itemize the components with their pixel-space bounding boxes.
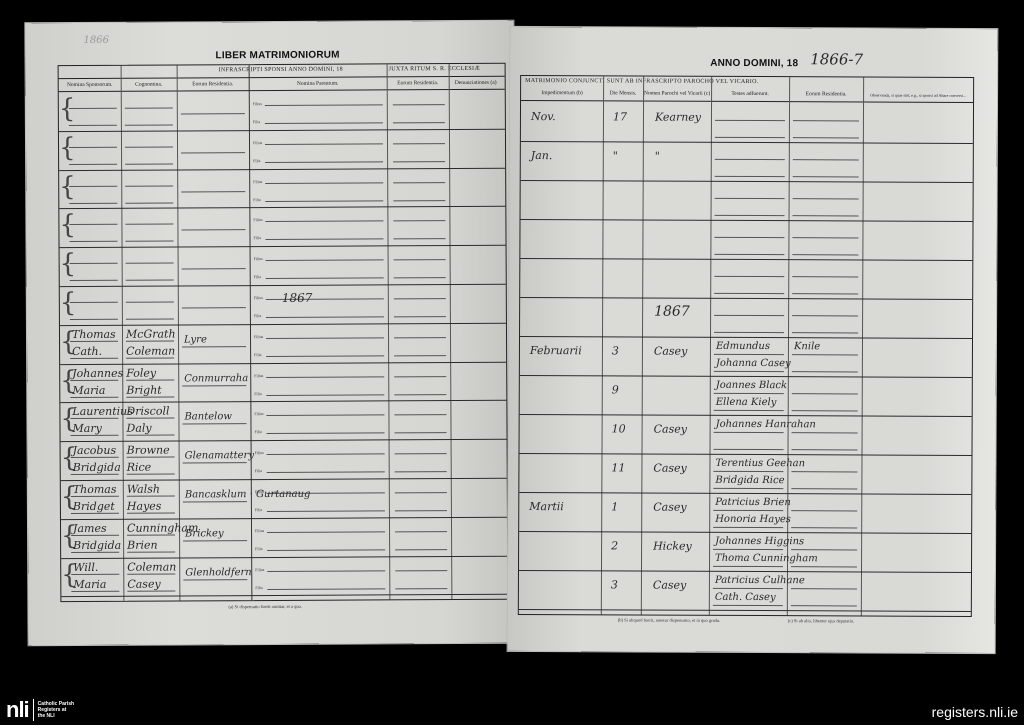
witness-residence: Knile — [794, 341, 820, 352]
residence: Bancasklum · Gurtanaug — [185, 489, 311, 501]
table-row: Nov.17Kearney — [521, 102, 973, 144]
witness-1: Johannes Hanrahan — [716, 419, 816, 430]
bride-surname: Casey — [127, 577, 160, 590]
table-row: {FiliusFilia — [59, 90, 505, 132]
left-register-page: 1866 LIBER MATRIMONIORUM INFRASCRIPTI SP… — [25, 21, 516, 646]
table-row: Februarii3CaseyEdmundusJohanna CaseyKnil… — [520, 336, 972, 378]
table-row — [520, 219, 972, 261]
bride-name: Mary — [72, 422, 101, 435]
table-row: {FiliusFiliaThomasBridgetWalshHayesBanca… — [61, 478, 507, 520]
register-year: 1866-7 — [810, 50, 863, 68]
bride-surname: Rice — [127, 461, 152, 474]
filia-label: Filia — [255, 546, 262, 551]
filia-label: Filia — [253, 158, 260, 163]
bride-surname: Coleman — [126, 344, 175, 357]
brace-icon: { — [59, 96, 76, 122]
groom-surname: Coleman — [127, 560, 176, 573]
filius-label: Filius — [255, 450, 264, 455]
priest-name: " — [655, 150, 660, 163]
witness-1: Edmundus — [716, 341, 770, 352]
col-header: Nomen Parochi vel Vicarii (c) — [643, 91, 711, 97]
filia-label: Filia — [254, 274, 261, 279]
residence: Glenamattery — [185, 450, 254, 461]
groom-name: James — [73, 522, 107, 535]
col-header: Nomina Parentum. — [249, 80, 387, 87]
day: 3 — [612, 344, 619, 357]
col-header: Denunciationes (a) — [449, 80, 503, 86]
residence: Brickey — [185, 528, 224, 539]
brace-icon: { — [59, 135, 76, 161]
bride-name: Maria — [72, 383, 105, 396]
table-row: {FiliusFilia — [59, 206, 505, 248]
priest-name: Kearney — [655, 111, 701, 124]
col-header: Observanda, si quae sint, e.g., si spons… — [863, 92, 973, 97]
table-row: 3CaseyPatricius CulhaneCath. Casey — [519, 570, 971, 612]
witness-2: Bridgida Rice — [715, 475, 784, 486]
col-header: Impedimentum (b) — [521, 90, 603, 96]
priest-name: Casey — [654, 345, 687, 358]
filius-label: Filius — [254, 256, 263, 261]
residence: Bantelow — [184, 412, 232, 423]
filius-label: Filius — [253, 179, 262, 184]
table-row — [521, 180, 973, 222]
table-row: {FiliusFilia — [59, 129, 505, 171]
table-row: {FiliusFiliaThomasCath.McGrathColemanLyr… — [60, 323, 506, 365]
day: 3 — [611, 578, 618, 591]
day: 10 — [612, 422, 626, 435]
year-mark: 1867 — [654, 304, 690, 320]
table-row: {FiliusFiliaJamesBridgidaCunninghamBrien… — [61, 517, 507, 559]
residence: Glenholdfern — [185, 567, 252, 578]
witness-2: Thoma Cunningham — [715, 553, 818, 564]
col-header: Eorum Residentia. — [387, 80, 449, 86]
witness-2: Cath. Casey — [715, 592, 776, 603]
witness-1: Joannes Black — [716, 380, 787, 391]
day: 2 — [611, 539, 618, 552]
bride-name: Maria — [73, 577, 106, 590]
filius-label: Filius — [253, 140, 262, 145]
table-row — [520, 258, 972, 300]
groom-surname: Browne — [127, 444, 170, 457]
day: 9 — [612, 383, 619, 396]
witness-1: Patricius Brien — [715, 497, 791, 508]
right-register-table: MATRIMONIO CONJUNCTI SUNT AB INFRASCRIPT… — [518, 75, 974, 617]
table-caption-right: JUXTA RITUM S. R. ECCLESIÆ — [389, 66, 480, 72]
filius-label: Filius — [254, 334, 263, 339]
day: " — [613, 149, 618, 162]
bride-surname: Hayes — [127, 500, 162, 513]
table-row: {FiliusFiliaJacobusBridgidaBrowneRiceGle… — [61, 439, 507, 481]
col-header: Testes adfuerunt. — [711, 91, 789, 97]
month: Nov. — [531, 110, 556, 123]
left-footnote: (a) Si dispensatio fuerit omittat, et a … — [228, 604, 302, 609]
brace-icon: { — [59, 212, 76, 238]
table-row: {FiliusFilia — [59, 167, 505, 209]
filius-label: Filius — [253, 101, 262, 106]
groom-surname: Driscoll — [126, 405, 169, 418]
filia-label: Filia — [254, 313, 261, 318]
bride-surname: Daly — [126, 422, 151, 435]
col-header: Eorum Residentia. — [789, 91, 863, 97]
filia-label: Filia — [253, 119, 260, 124]
table-row: Jan."" — [521, 141, 973, 183]
groom-surname: McGrath — [126, 327, 176, 340]
col-header: Nomina Sponsorum. — [59, 82, 121, 88]
table-caption: INFRASCRIPTI SPONSI ANNO DOMINI, 18 — [219, 67, 343, 74]
filius-label: Filius — [253, 217, 262, 222]
priest-name: Casey — [654, 423, 687, 436]
site-link[interactable]: registers.nli.ie — [932, 704, 1018, 720]
filia-label: Filia — [254, 352, 261, 357]
groom-name: Thomas — [72, 328, 116, 341]
filia-label: Filia — [255, 468, 262, 473]
nli-logo[interactable]: nli Catholic Parish Registers at the NLI — [6, 699, 74, 721]
bride-name: Bridgida — [73, 539, 121, 552]
filia-label: Filia — [255, 585, 262, 590]
table-row: {FiliusFiliaLaurentiusMaryDriscollDalyBa… — [60, 400, 506, 442]
day: 11 — [611, 461, 625, 474]
month: Martii — [529, 500, 564, 513]
brace-icon: { — [60, 290, 77, 316]
left-register-table: INFRASCRIPTI SPONSI ANNO DOMINI, 18 JUXT… — [58, 63, 509, 602]
filia-label: Filia — [254, 391, 261, 396]
day: 17 — [613, 110, 627, 123]
residence: Lyre — [184, 334, 207, 345]
month: Februarii — [530, 344, 582, 357]
corner-note: 1866 — [83, 35, 109, 46]
column-header-row: Impedimentum (b) Die Mensis. Nomen Paroc… — [521, 86, 973, 103]
witness-2: Ellena Kiely — [716, 397, 777, 408]
col-header: Eorum Residentia. — [177, 81, 249, 87]
table-row: 10CaseyJohannes Hanrahan — [520, 414, 972, 456]
witness-1: Johannes Higgins — [715, 536, 804, 547]
table-row: Martii1CaseyPatricius BrienHonoria Hayes — [519, 492, 971, 534]
logo-divider — [33, 699, 34, 721]
witness-1: Patricius Culhane — [715, 575, 805, 586]
table-row: {FiliusFiliaJohannesMariaFoleyBrightConm… — [60, 361, 506, 403]
filius-label: Filius — [255, 567, 264, 572]
brace-icon: { — [60, 251, 77, 277]
witness-2: Johanna Casey — [716, 358, 791, 369]
witness-1: Terentius Geehan — [715, 458, 805, 469]
right-register-page: ANNO DOMINI, 18 1866-7 MATRIMONIO CONJUN… — [508, 27, 998, 653]
table-row: {FiliusFiliaWill.MariaColemanCaseyGlenho… — [61, 555, 507, 597]
filius-label: Filius — [254, 373, 263, 378]
brace-icon: { — [59, 174, 76, 200]
priest-name: Hickey — [653, 540, 692, 553]
table-row: 11CaseyTerentius GeehanBridgida Rice — [519, 453, 971, 495]
register-title: LIBER MATRIMONIORUM — [216, 50, 340, 62]
right-footnote-b: (b) Si aliquod fuerit, notetur dispensat… — [618, 617, 721, 622]
bride-surname: Bright — [126, 383, 161, 396]
priest-name: Casey — [653, 579, 686, 592]
witness-2: Honoria Hayes — [715, 514, 791, 525]
priest-name: Casey — [653, 462, 686, 475]
priest-name: Casey — [653, 501, 686, 514]
nli-logo-mark: nli — [6, 699, 29, 721]
logo-text: Catholic Parish Registers at the NLI — [38, 701, 74, 719]
filia-label: Filia — [253, 197, 260, 202]
filia-label: Filia — [255, 429, 262, 434]
bride-name: Cath. — [72, 345, 102, 358]
filius-label: Filius — [255, 528, 264, 533]
groom-name: Will. — [73, 561, 98, 574]
register-title-right: ANNO DOMINI, 18 — [710, 58, 798, 69]
residence: Conmurraha — [184, 373, 248, 384]
col-header: Cognomina. — [121, 81, 177, 87]
month: Jan. — [531, 149, 553, 162]
table-caption: MATRIMONIO CONJUNCTI SUNT AB INFRASCRIPT… — [525, 78, 758, 85]
groom-name: Laurentius — [72, 405, 133, 418]
table-row: 2HickeyJohannes HigginsThoma Cunningham — [519, 531, 971, 573]
table-row: 1867 — [520, 297, 972, 339]
day: 1 — [611, 500, 618, 513]
year-mark: 1867 — [282, 291, 313, 305]
col-header: Die Mensis. — [603, 90, 643, 96]
right-footnote-c: (c) Si ab alio, libenter ejus deputatio. — [788, 618, 855, 623]
filius-label: Filius — [254, 295, 263, 300]
groom-name: Thomas — [73, 483, 117, 496]
filia-label: Filia — [255, 507, 262, 512]
groom-name: Jacobus — [73, 444, 117, 457]
groom-name: Johannes — [72, 366, 123, 379]
groom-surname: Foley — [126, 366, 156, 379]
filius-label: Filius — [254, 411, 263, 416]
bride-name: Bridget — [73, 500, 115, 513]
table-row: {FiliusFilia — [60, 245, 506, 287]
groom-surname: Walsh — [127, 483, 160, 496]
bride-surname: Brien — [127, 538, 158, 551]
table-row: {FiliusFilia1867 — [60, 284, 506, 326]
bride-name: Bridgida — [73, 461, 121, 474]
filia-label: Filia — [253, 235, 260, 240]
table-row: 9Joannes BlackEllena Kiely — [520, 375, 972, 417]
